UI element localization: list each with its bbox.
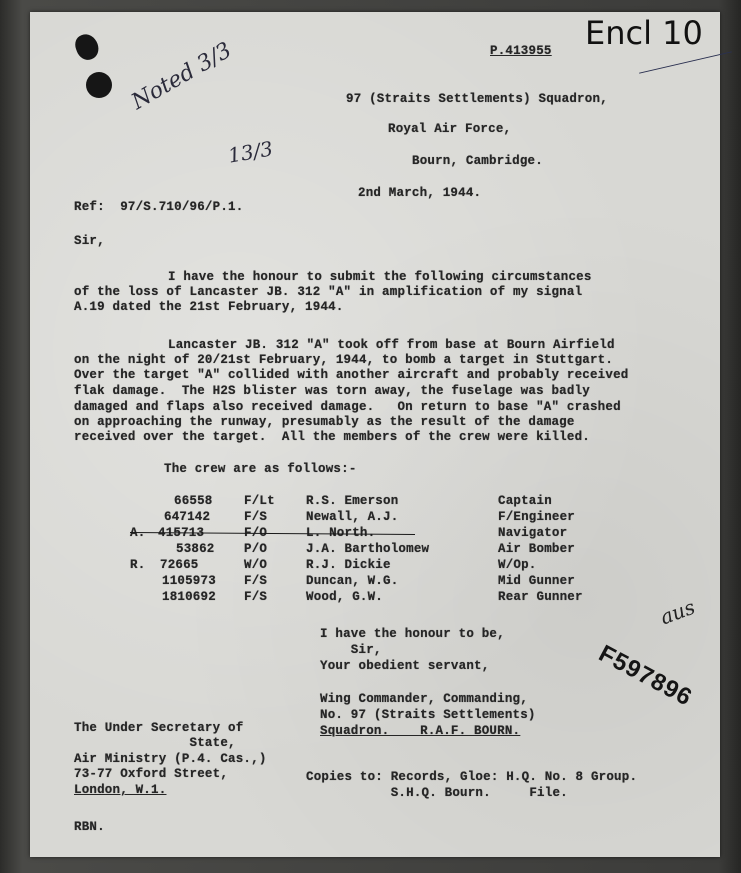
recipient-line-4: 73-77 Oxford Street, <box>74 767 228 783</box>
crew-row: R. 72665 W/O R.J. Dickie W/Op. <box>0 558 700 574</box>
paragraph-2-line-3: Over the target "A" collided with anothe… <box>74 368 629 384</box>
crew-name: Duncan, W.G. <box>306 574 398 590</box>
crew-name: J.A. Bartholomew <box>306 542 429 558</box>
crew-name: Wood, G.W. <box>306 590 383 606</box>
crew-rank: F/Lt <box>244 494 275 510</box>
paragraph-2-line-2: on the night of 20/21st February, 1944, … <box>74 353 613 369</box>
signature-line-3: Squadron. R.A.F. BOURN. <box>320 724 520 740</box>
crew-role: W/Op. <box>498 558 537 574</box>
crew-role: Captain <box>498 494 552 510</box>
crew-number: 72665 <box>160 558 199 574</box>
recipient-line-3: Air Ministry (P.4. Cas.,) <box>74 752 267 768</box>
crew-prefix: R. <box>130 558 145 574</box>
crew-row: 1810692 F/S Wood, G.W. Rear Gunner <box>0 590 700 606</box>
closing-line-2: Sir, <box>320 643 382 659</box>
copies-line-1: Copies to: Records, Gloe: H.Q. No. 8 Gro… <box>306 770 637 786</box>
paragraph-2-line-1: Lancaster JB. 312 "A" took off from base… <box>168 338 615 354</box>
crew-number: 415713 <box>158 526 204 542</box>
crew-number: 1105973 <box>162 574 216 590</box>
crew-role: Mid Gunner <box>498 574 575 590</box>
crew-number: 53862 <box>176 542 215 558</box>
reference-number: P.413955 <box>490 44 552 60</box>
crew-rank: P/O <box>244 542 267 558</box>
paragraph-1-line-1: I have the honour to submit the followin… <box>168 270 592 286</box>
crew-number: 647142 <box>164 510 210 526</box>
crew-role: Air Bomber <box>498 542 575 558</box>
crew-row: 647142 F/S Newall, A.J. F/Engineer <box>0 510 700 526</box>
recipient-line-2: State, <box>74 736 236 752</box>
sender-address-line-3: Bourn, Cambridge. <box>412 154 543 170</box>
sender-address-line-2: Royal Air Force, <box>388 122 511 138</box>
crew-number: 1810692 <box>162 590 216 606</box>
salutation: Sir, <box>74 234 105 250</box>
crew-intro: The crew are as follows:- <box>164 462 357 478</box>
crew-name: R.S. Emerson <box>306 494 398 510</box>
crew-name: R.J. Dickie <box>306 558 391 574</box>
punch-hole-bottom <box>86 72 112 98</box>
crew-rank: F/S <box>244 510 267 526</box>
signature-line-1: Wing Commander, Commanding, <box>320 692 528 708</box>
recipient-line-1: The Under Secretary of <box>74 721 243 737</box>
crew-number: 66558 <box>174 494 213 510</box>
paragraph-1-line-3: A.19 dated the 21st February, 1944. <box>74 300 344 316</box>
crew-role: Navigator <box>498 526 567 542</box>
crew-role: Rear Gunner <box>498 590 583 606</box>
crew-row: 66558 F/Lt R.S. Emerson Captain <box>0 494 700 510</box>
handwritten-enclosure: Encl 10 <box>585 14 703 52</box>
closing-line-3: Your obedient servant, <box>320 659 489 675</box>
copies-line-2: S.H.Q. Bourn. File. <box>306 786 568 802</box>
crew-rank: W/O <box>244 558 267 574</box>
crew-name: Newall, A.J. <box>306 510 398 526</box>
reference-line: Ref: 97/S.710/96/P.1. <box>74 200 243 216</box>
paragraph-2-line-4: flak damage. The H2S blister was torn aw… <box>74 384 590 400</box>
closing-line-1: I have the honour to be, <box>320 627 505 643</box>
paragraph-1-line-2: of the loss of Lancaster JB. 312 "A" in … <box>74 285 582 301</box>
crew-row: 53862 P/O J.A. Bartholomew Air Bomber <box>0 542 700 558</box>
paragraph-2-line-7: received over the target. All the member… <box>74 430 590 446</box>
paragraph-2-line-6: on approaching the runway, presumably as… <box>74 415 575 431</box>
signature-line-2: No. 97 (Straits Settlements) <box>320 708 536 724</box>
typist-initials: RBN. <box>74 820 105 836</box>
crew-rank: F/S <box>244 590 267 606</box>
crew-prefix: A. <box>130 526 145 542</box>
paragraph-2-line-5: damaged and flaps also received damage. … <box>74 400 621 416</box>
crew-rank: F/S <box>244 574 267 590</box>
crew-role: F/Engineer <box>498 510 575 526</box>
letter-date: 2nd March, 1944. <box>358 186 481 202</box>
sender-address-line-1: 97 (Straits Settlements) Squadron, <box>346 92 608 108</box>
crew-row: 1105973 F/S Duncan, W.G. Mid Gunner <box>0 574 700 590</box>
recipient-line-5: London, W.1. <box>74 783 166 799</box>
